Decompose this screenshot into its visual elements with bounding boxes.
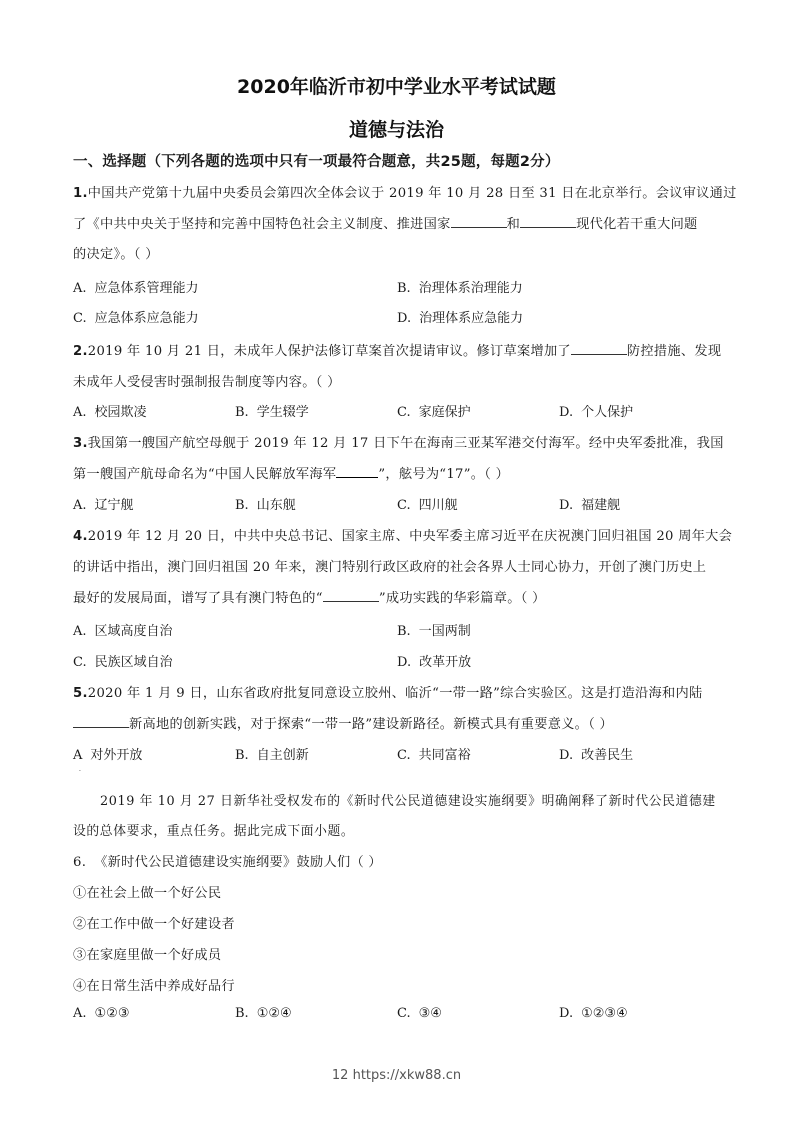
question-number: 3. [73,436,88,451]
option-a[interactable]: A.校园欺凌 [73,401,147,420]
option-b[interactable]: B.一国两制 [397,620,471,639]
option-a[interactable]: A对外开放 [73,744,142,763]
option-b[interactable]: B.学生辍学 [235,401,309,420]
option-c[interactable]: C.家庭保护 [397,401,471,420]
option-c[interactable]: C.③④ [397,1006,442,1021]
option-text: 学生辍学 [257,405,309,420]
statement-3: ③在家庭里做一个好成员 [73,944,221,963]
question-2-line-2: 未成年人受侵害时强制报告制度等内容。（ ） [73,371,341,390]
question-text: 最好的发展局面，谱写了具有澳门特色的“ [73,591,323,606]
option-label: D. [397,311,411,326]
option-label: B. [235,405,249,420]
option-text: 改革开放 [419,655,471,670]
option-label: A. [73,1006,87,1021]
question-text: 的决定》。（ ） [73,247,159,262]
option-a[interactable]: A.①②③ [73,1006,130,1021]
option-text: 对外开放 [90,748,142,763]
question-3-line-1: 3.我国第一艘国产航空母舰于 2019 年 12 月 17 日下午在海南三亚某军… [73,432,724,451]
option-label: D. [559,498,573,513]
option-label: C. [397,748,411,763]
question-text: 2019 年 12 月 20 日，中共中央总书记、国家主席、中央军委主席习近平在… [88,529,732,544]
option-label: D. [397,655,411,670]
option-label: C. [73,655,87,670]
answer-blank [451,215,507,228]
option-label: C. [397,1006,411,1021]
option-d[interactable]: D.治理体系应急能力 [397,307,523,326]
option-text: 改善民生 [581,748,633,763]
option-b[interactable]: B.自主创新 [235,744,309,763]
option-text: 一国两制 [419,624,471,639]
exam-subject: 道德与法治 [0,115,793,142]
answer-blank [73,715,129,728]
option-label: B. [235,748,249,763]
option-text: 家庭保护 [419,405,471,420]
stray-mark: · [79,768,81,775]
question-text: 2020 年 1 月 9 日，山东省政府批复同意设立胶州、临沂“一带一路”综合实… [88,686,703,701]
question-4-line-1: 4.2019 年 12 月 20 日，中共中央总书记、国家主席、中央军委主席习近… [73,525,732,544]
option-text: 辽宁舰 [95,498,134,513]
option-a[interactable]: A.区域高度自治 [73,620,173,639]
option-label: B. [397,281,411,296]
question-text: 《新时代公民道德建设实施纲要》鼓励人们（ ） [94,855,382,870]
question-number: 1. [73,186,88,201]
option-label: A. [73,624,87,639]
passage-line-1: 2019 年 10 月 27 日新华社受权发布的《新时代公民道德建设实施纲要》明… [100,790,716,809]
option-label: B. [397,624,411,639]
question-2-line-1: 2.2019 年 10 月 21 日，未成年人保护法修订草案首次提请审议。修订草… [73,340,721,359]
option-label: C. [397,498,411,513]
option-text: 自主创新 [257,748,309,763]
option-text: ①②③④ [581,1006,628,1021]
question-text: 中国共产党第十九届中央委员会第四次全体会议于 2019 年 10 月 28 日至… [88,186,737,201]
option-text: ①②③ [95,1006,130,1021]
question-4-line-2: 的讲话中指出，澳门回归祖国 20 年来，澳门特别行政区政府的社会各界人士同心协力… [73,556,706,575]
question-number: 6. [73,855,86,870]
option-label: B. [235,498,249,513]
statement-1: ①在社会上做一个好公民 [73,882,221,901]
option-c[interactable]: C.共同富裕 [397,744,471,763]
section-heading: 一、选择题（下列各题的选项中只有一项最符合题意，共25题，每题2分） [73,150,560,171]
question-3-line-2: 第一艘国产航母命名为“中国人民解放军海军”，舷号为“17”。（ ） [73,463,509,482]
question-text: 第一艘国产航母命名为“中国人民解放军海军 [73,467,336,482]
option-label: D. [559,405,573,420]
question-4-line-3: 最好的发展局面，谱写了具有澳门特色的“”成功实践的华彩篇章。（ ） [73,587,546,606]
option-b[interactable]: B.①②④ [235,1006,292,1021]
question-text: 现代化若干重大问题 [576,217,697,232]
exam-title: 2020年临沂市初中学业水平考试试题 [0,72,793,99]
question-number: 4. [73,529,88,544]
option-label: B. [235,1006,249,1021]
option-label: D. [559,1006,573,1021]
page-footer: 12 https://xkw88.cn [0,1068,793,1083]
option-d[interactable]: D.改革开放 [397,651,471,670]
option-label: A. [73,281,87,296]
question-text: 未成年人受侵害时强制报告制度等内容。（ ） [73,375,341,390]
option-text: 治理体系应急能力 [419,311,523,326]
option-text: ①②④ [257,1006,292,1021]
option-text: 治理体系治理能力 [419,281,523,296]
passage-line-2: 设的总体要求，重点任务。据此完成下面小题。 [73,820,354,839]
option-a[interactable]: A.应急体系管理能力 [73,277,199,296]
option-text: ③④ [419,1006,442,1021]
answer-blank [323,589,379,602]
option-b[interactable]: B.治理体系治理能力 [397,277,523,296]
statement-4: ④在日常生活中养成好品行 [73,975,235,994]
question-1-line-3: 的决定》。（ ） [73,243,159,262]
option-label: D. [559,748,573,763]
option-text: 福建舰 [581,498,620,513]
option-text: 应急体系管理能力 [95,281,199,296]
question-text: ”成功实践的华彩篇章。（ ） [379,591,546,606]
option-d[interactable]: D.①②③④ [559,1006,628,1021]
question-text: 新高地的创新实践，对于探索“一带一路”建设新路径。新模式具有重要意义。（ ） [129,717,613,732]
option-text: 民族区域自治 [95,655,173,670]
option-c[interactable]: C.四川舰 [397,494,458,513]
option-label: C. [397,405,411,420]
option-text: 应急体系应急能力 [95,311,199,326]
question-5-line-1: 5.2020 年 1 月 9 日，山东省政府批复同意设立胶州、临沂“一带一路”综… [73,682,703,701]
question-text: 的讲话中指出，澳门回归祖国 20 年来，澳门特别行政区政府的社会各界人士同心协力… [73,560,706,575]
question-number: 5. [73,686,88,701]
option-d[interactable]: D.个人保护 [559,401,633,420]
option-text: 四川舰 [419,498,458,513]
option-text: 山东舰 [257,498,296,513]
option-label: A. [73,405,87,420]
option-label: A. [73,498,87,513]
answer-blank [571,342,627,355]
question-5-line-2: 新高地的创新实践，对于探索“一带一路”建设新路径。新模式具有重要意义。（ ） [73,713,613,732]
option-text: 共同富裕 [419,748,471,763]
option-label: A [73,748,82,763]
answer-blank [336,465,378,478]
question-1-line-2: 了《中共中央关于坚持和完善中国特色社会主义制度、推进国家和现代化若干重大问题 [73,213,698,232]
option-c[interactable]: C.民族区域自治 [73,651,173,670]
answer-blank [520,215,576,228]
question-text: ”，舷号为“17”。（ ） [378,467,509,482]
option-b[interactable]: B.山东舰 [235,494,296,513]
question-1-line-1: 1.中国共产党第十九届中央委员会第四次全体会议于 2019 年 10 月 28 … [73,182,737,201]
option-text: 个人保护 [581,405,633,420]
option-d[interactable]: D.改善民生 [559,744,633,763]
question-text: 了《中共中央关于坚持和完善中国特色社会主义制度、推进国家 [73,217,451,232]
option-text: 区域高度自治 [95,624,173,639]
question-text: 防控措施、发现 [627,344,721,359]
option-label: C. [73,311,87,326]
option-c[interactable]: C.应急体系应急能力 [73,307,199,326]
question-6-stem: 6.《新时代公民道德建设实施纲要》鼓励人们（ ） [73,851,382,870]
option-d[interactable]: D.福建舰 [559,494,620,513]
exam-page: 2020年临沂市初中学业水平考试试题 道德与法治 一、选择题（下列各题的选项中只… [0,0,793,1122]
option-a[interactable]: A.辽宁舰 [73,494,134,513]
option-text: 校园欺凌 [95,405,147,420]
question-text: 我国第一艘国产航空母舰于 2019 年 12 月 17 日下午在海南三亚某军港交… [88,436,724,451]
question-number: 2. [73,344,88,359]
question-text: 和 [507,217,521,232]
statement-2: ②在工作中做一个好建设者 [73,913,235,932]
question-text: 2019 年 10 月 21 日，未成年人保护法修订草案首次提请审议。修订草案增… [88,344,571,359]
